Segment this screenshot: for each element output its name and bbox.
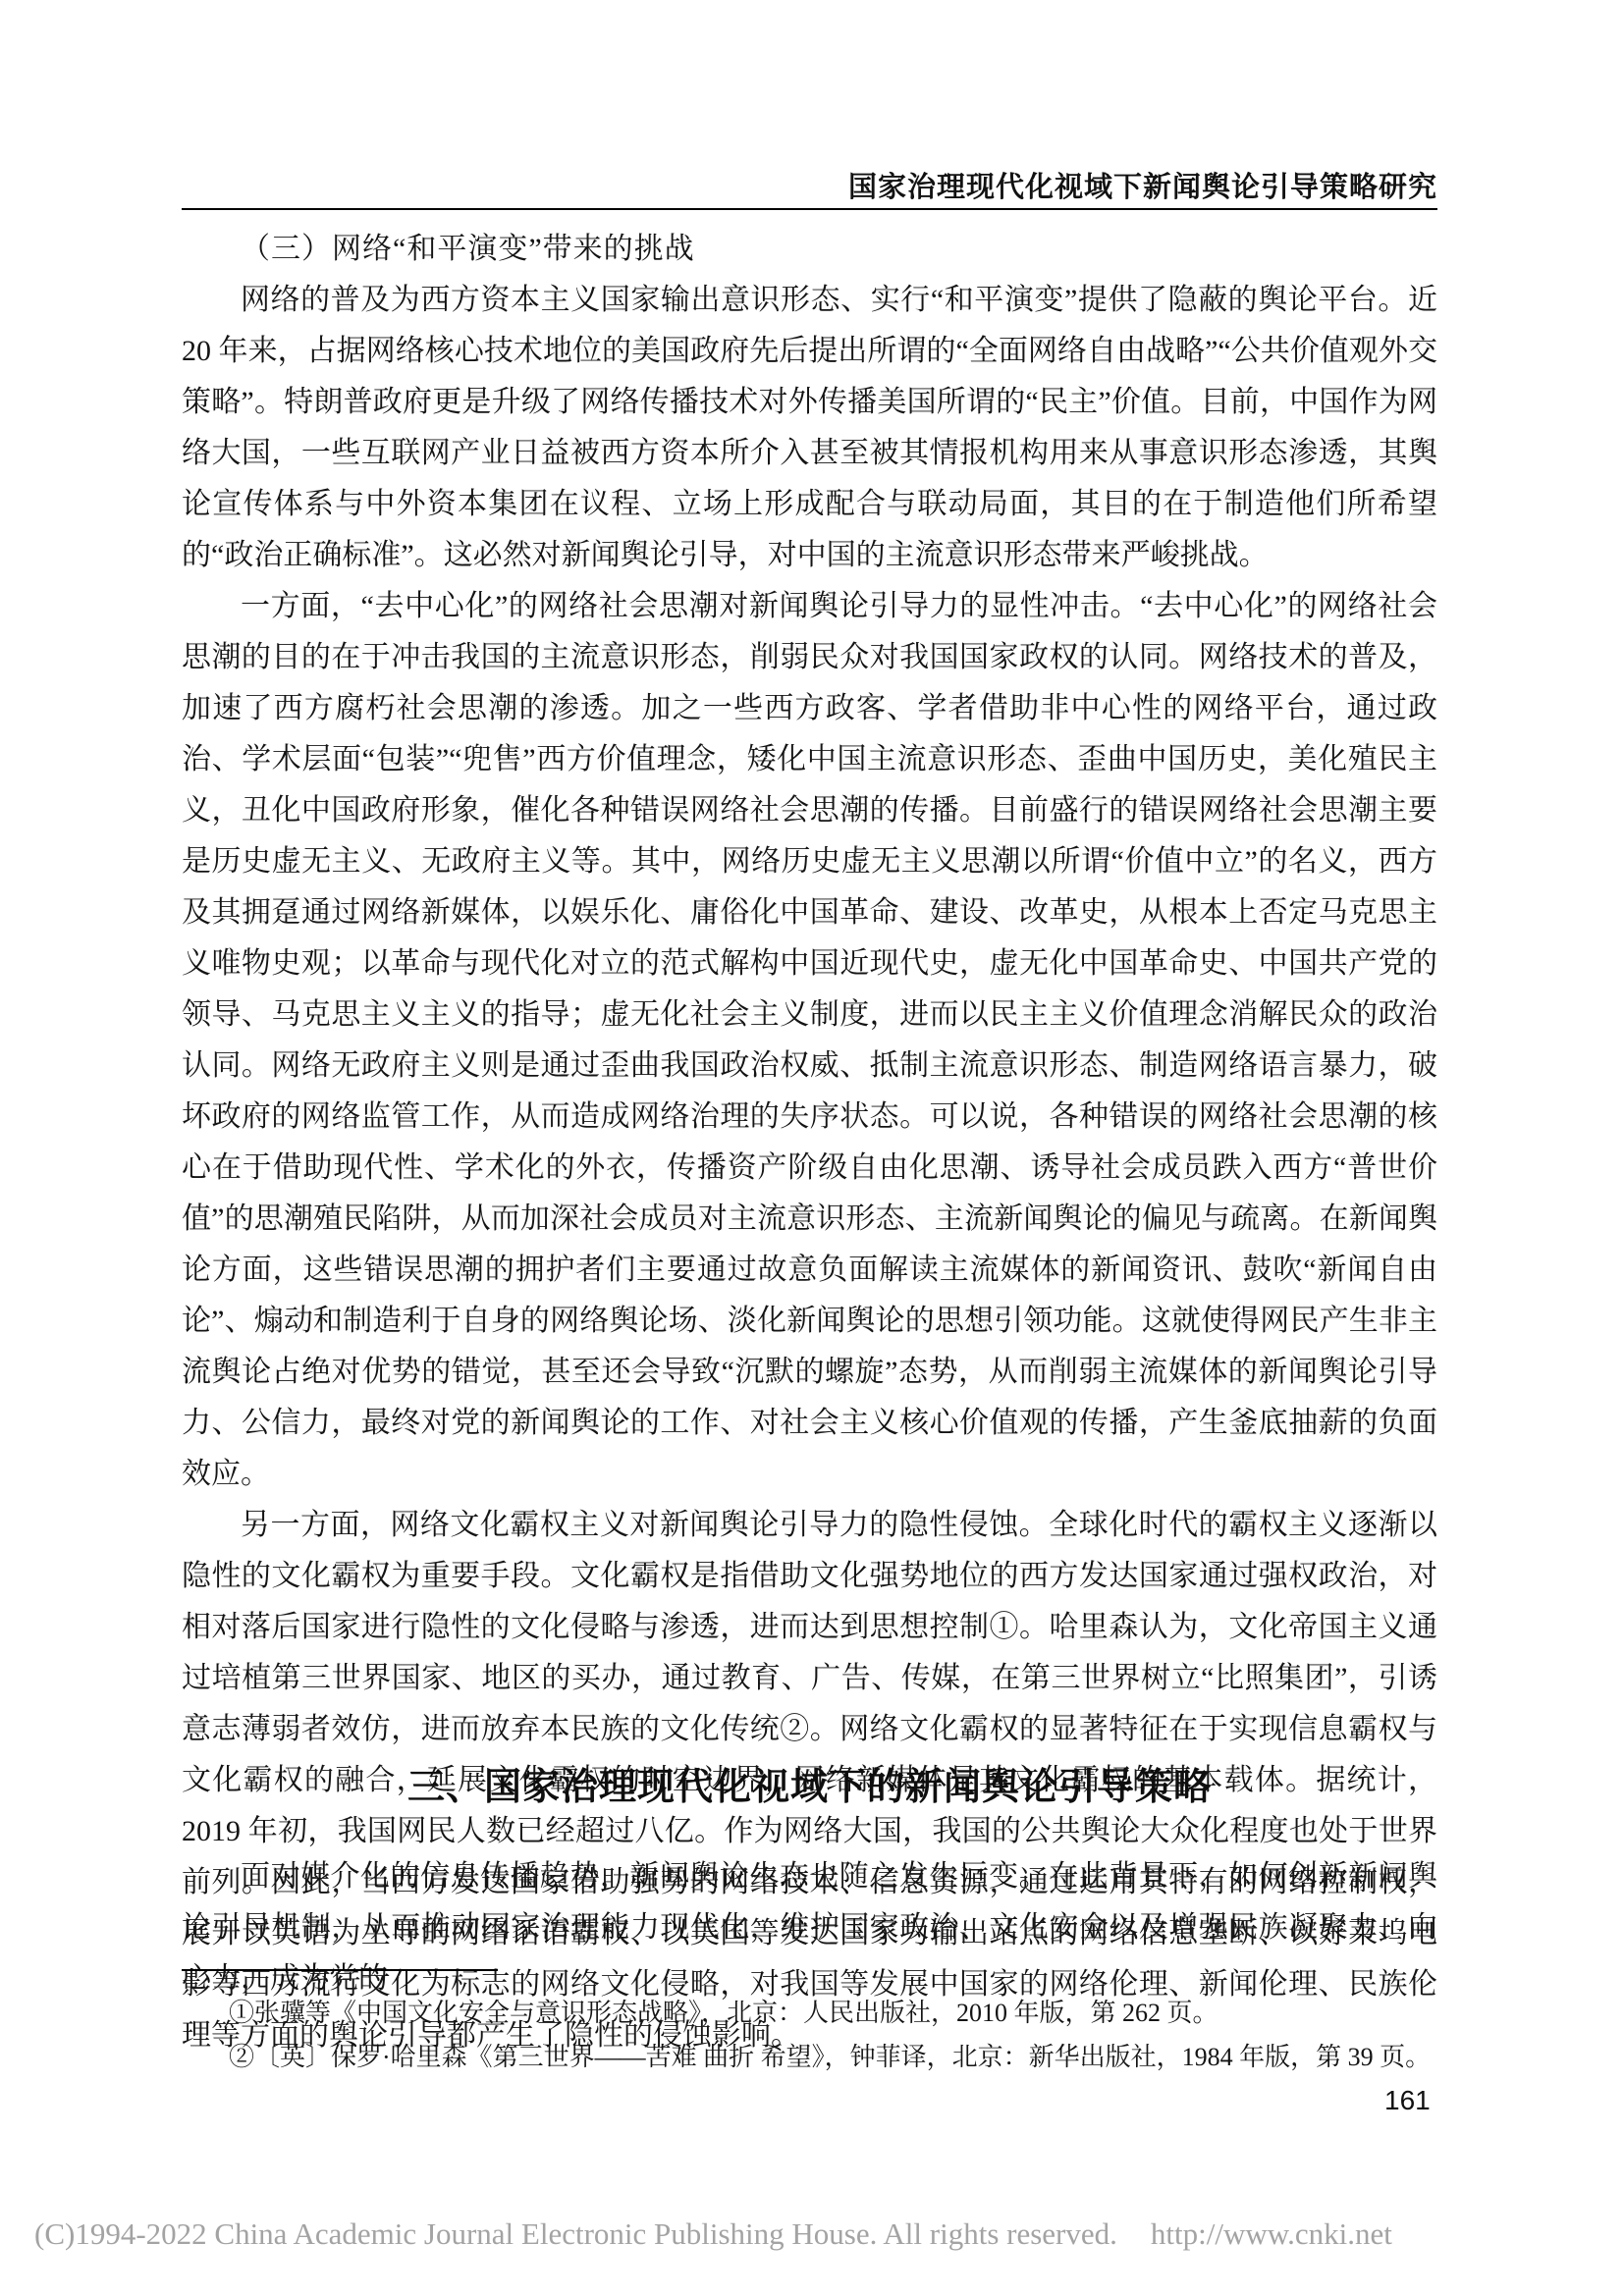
copyright-footer: (C)1994-2022 China Academic Journal Elec…	[34, 2216, 1596, 2252]
footnotes: ①张骥等《中国文化安全与意识形态战略》，北京：人民出版社，2010 年版，第 2…	[182, 1991, 1437, 2079]
footnote-divider	[182, 1969, 498, 1971]
footer-url: http://www.cnki.net	[1151, 2216, 1392, 2251]
body-paragraph: 一方面，“去中心化”的网络社会思潮对新闻舆论引导力的显性冲击。“去中心化”的网络…	[182, 581, 1437, 1500]
header-rule	[182, 208, 1437, 210]
page-number: 161	[1384, 2085, 1431, 2116]
section-heading: 三、国家治理现代化视域下的新闻舆论引导策略	[182, 1763, 1437, 1812]
copyright-text: (C)1994-2022 China Academic Journal Elec…	[34, 2216, 1117, 2251]
running-header-title: 国家治理现代化视域下新闻舆论引导策略研究	[182, 165, 1437, 205]
subsection-heading: （三）网络“和平演变”带来的挑战	[182, 224, 1437, 275]
body-paragraph: 网络的普及为西方资本主义国家输出意识形态、实行“和平演变”提供了隐蔽的舆论平台。…	[182, 275, 1437, 581]
footnote: ②〔英〕保罗·哈里森《第三世界——苦难 曲折 希望》，钟菲译，北京：新华出版社，…	[182, 2035, 1437, 2079]
document-page: 国家治理现代化视域下新闻舆论引导策略研究 （三）网络“和平演变”带来的挑战 网络…	[0, 0, 1624, 2296]
closing-paragraph: 面对媒介化的信息传播趋势，新闻舆论生态也随之发生巨变。在此背景下，如何创新新闻舆…	[182, 1851, 1437, 2004]
footnote: ①张骥等《中国文化安全与意识形态战略》，北京：人民出版社，2010 年版，第 2…	[182, 1991, 1437, 2035]
